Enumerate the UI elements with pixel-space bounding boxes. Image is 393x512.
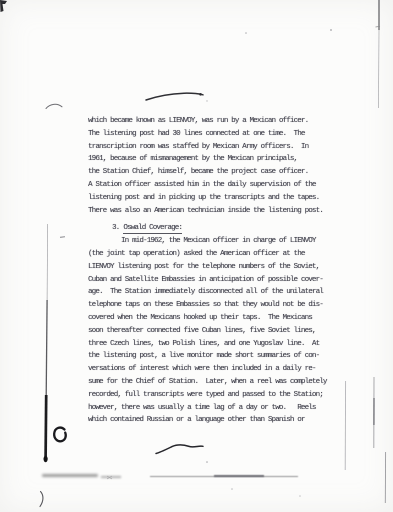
speck	[206, 100, 207, 101]
text-line: A Station officer assisted him in the da…	[88, 179, 338, 192]
text-line: the Station Chief, himself, became the p…	[88, 166, 338, 179]
speck	[231, 488, 233, 490]
left-scan-bar-mid	[46, 300, 47, 395]
speck	[206, 461, 208, 463]
text-line: sume for the Chief of Station. Later, wh…	[88, 376, 338, 389]
left-scan-bar-dark	[46, 395, 47, 457]
text-line: In mid-1962, the Mexican officer in char…	[88, 235, 338, 248]
scanned-document-page: which became known as LIENVOY, was run b…	[0, 0, 393, 512]
text-line: The listening post had 30 lines connecte…	[88, 128, 338, 141]
pen-squiggle-icon	[156, 445, 203, 454]
text-line: LIENVOY listening post for the telephone…	[88, 261, 338, 274]
smudge-mark	[214, 475, 264, 477]
section-number: 3.	[112, 224, 119, 232]
text-line: the listening post, a live monitor made …	[88, 350, 338, 363]
text-line: telephone taps on these Embassies so tha…	[88, 299, 338, 312]
smudge-mark	[150, 476, 298, 477]
smudge-mark	[101, 476, 121, 478]
text-line: There was also an American technician in…	[88, 205, 338, 218]
left-scan-bar-faint	[47, 224, 48, 300]
speck	[330, 29, 332, 31]
text-line: which contained Russian or a language ot…	[88, 414, 338, 427]
text-line: listening post and in picking up the tra…	[88, 192, 338, 205]
text-line: versations of interest which were then i…	[88, 363, 338, 376]
text-line: however, there was usually a time lag of…	[88, 402, 338, 415]
left-scan-bar-blob	[44, 456, 48, 462]
speck-cross	[107, 476, 112, 479]
continued-paragraph: which became known as LIENVOY, was run b…	[88, 115, 338, 217]
corner-mark-icon	[0, 0, 7, 12]
left-margin-dash	[60, 236, 65, 238]
handwritten-circle-icon	[54, 428, 66, 442]
section-heading: 3.Oswald Coverage:	[88, 222, 338, 235]
text-line: recorded, full transcripts were typed an…	[88, 389, 338, 402]
text-line: (the joint tap operation) asked the Amer…	[88, 248, 338, 261]
section-title: Oswald Coverage:	[123, 224, 182, 234]
document-text: which became known as LIENVOY, was run b…	[88, 115, 338, 427]
text-line: which became known as LIENVOY, was run b…	[88, 115, 338, 128]
right-scan-line-top-fade	[378, 30, 379, 108]
text-line: 1961, because of mismanagement by the Me…	[88, 153, 338, 166]
text-line: transcription room was staffed by Mexica…	[88, 141, 338, 154]
text-line: soon thereafter connected five Cuban lin…	[88, 325, 338, 338]
text-line: three Czech lines, two Polish lines, and…	[88, 338, 338, 351]
text-line: covered when the Mexicans hooked up thei…	[88, 312, 338, 325]
bracket-mark-icon	[40, 492, 43, 507]
right-scan-tick	[376, 26, 381, 27]
smudge-mark	[42, 474, 98, 477]
text-line: Cuban and Satellite Embassies in anticip…	[88, 274, 338, 287]
pen-hook-icon	[46, 104, 62, 108]
text-line: age. The Station immediately disconnecte…	[88, 286, 338, 299]
speck	[245, 32, 247, 34]
pen-stroke-blob	[199, 93, 202, 96]
oswald-coverage-paragraph: In mid-1962, the Mexican officer in char…	[88, 235, 338, 427]
pen-stroke-top-icon	[146, 93, 203, 100]
speck	[299, 495, 301, 497]
